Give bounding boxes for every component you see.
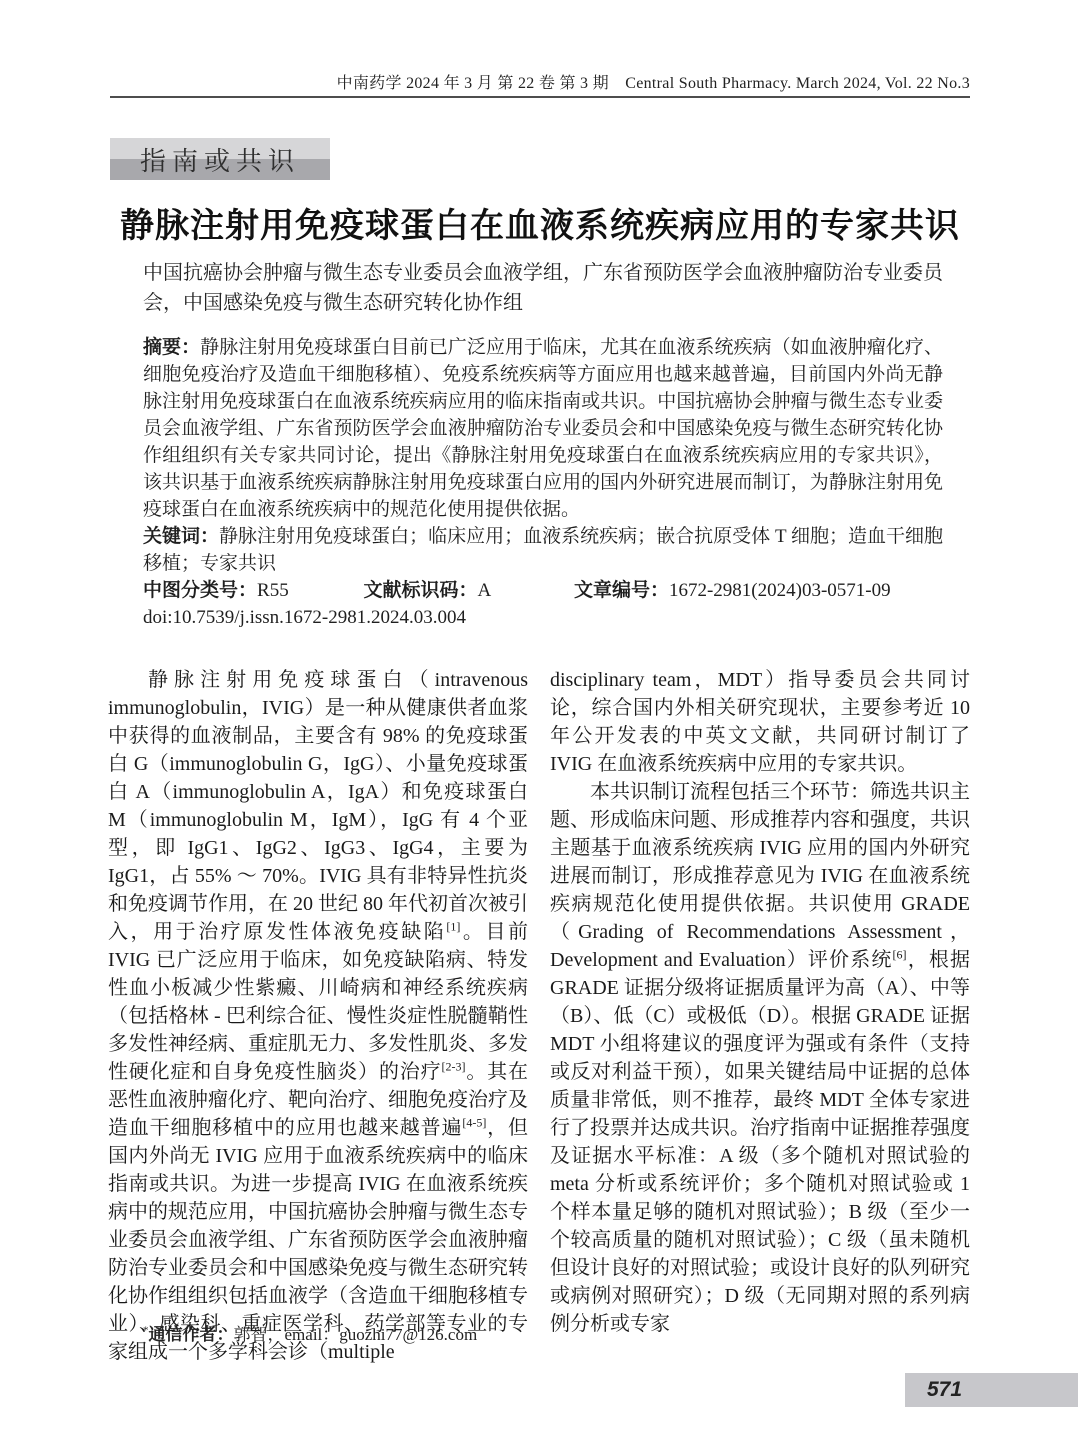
- section-badge-label: 指南或共识: [140, 141, 300, 178]
- document-code: 文献标识码：A: [363, 580, 491, 601]
- doi-line: doi:10.7539/j.issn.1672-2981.2024.03.004: [143, 604, 943, 631]
- clc-label: 中图分类号：: [143, 580, 257, 601]
- clc-number: 中图分类号：R55: [143, 580, 289, 601]
- keywords-text: 静脉注射用免疫球蛋白；临床应用；血液系统疾病；嵌合抗原受体 T 细胞；造血干细胞…: [143, 526, 943, 574]
- corresponding-author-footnote: *通信作者：郭智，email：guozhi77@126.com: [143, 1320, 843, 1345]
- affiliation: 中国抗癌协会肿瘤与微生态专业委员会血液学组，广东省预防医学会血液肿瘤防治专业委员…: [143, 258, 943, 318]
- article-number-label: 文章编号：: [574, 580, 669, 601]
- reference-superscript: [6]: [893, 947, 907, 961]
- body-column-left: 静脉注射用免疫球蛋白（intravenous immunoglobulin，IV…: [108, 666, 528, 1366]
- body-column-right: disciplinary team，MDT）指导委员会共同讨论，综合国内外相关研…: [550, 666, 970, 1366]
- section-badge: 指南或共识: [110, 138, 330, 180]
- keywords: 关键词：静脉注射用免疫球蛋白；临床应用；血液系统疾病；嵌合抗原受体 T 细胞；造…: [143, 523, 943, 577]
- reference-superscript: [1]: [446, 919, 460, 933]
- journal-page: 中南药学 2024 年 3 月 第 22 卷 第 3 期 Central Sou…: [0, 0, 1080, 1454]
- document-code-value: A: [477, 580, 491, 601]
- reference-superscript: [4-5]: [462, 1115, 486, 1129]
- document-code-label: 文献标识码：: [363, 580, 477, 601]
- footnote-label: 通信作者：: [149, 1325, 234, 1344]
- reference-superscript: [2-3]: [441, 1059, 465, 1073]
- article-number: 文章编号：1672-2981(2024)03-0571-09: [574, 580, 891, 601]
- front-matter: 摘要：静脉注射用免疫球蛋白目前已广泛应用于临床，尤其在血液系统疾病（如血液肿瘤化…: [143, 334, 943, 631]
- abstract-text: 静脉注射用免疫球蛋白目前已广泛应用于临床，尤其在血液系统疾病（如血液肿瘤化疗、细…: [143, 337, 943, 520]
- body-columns: 静脉注射用免疫球蛋白（intravenous immunoglobulin，IV…: [108, 666, 970, 1366]
- meta-line: 中图分类号：R55 文献标识码：A 文章编号：1672-2981(2024)03…: [143, 577, 943, 604]
- keywords-label: 关键词：: [143, 526, 219, 547]
- journal-header-line: 中南药学 2024 年 3 月 第 22 卷 第 3 期 Central Sou…: [110, 70, 970, 93]
- body-paragraph: 本共识制订流程包括三个环节：筛选共识主题、形成临床问题、形成推荐内容和强度，共识…: [550, 778, 970, 1338]
- abstract: 摘要：静脉注射用免疫球蛋白目前已广泛应用于临床，尤其在血液系统疾病（如血液肿瘤化…: [143, 334, 943, 523]
- footnote-text: 郭智，email：guozhi77@126.com: [234, 1325, 478, 1344]
- page-number-bar: 571: [905, 1373, 1078, 1407]
- clc-value: R55: [257, 580, 289, 601]
- page-number: 571: [905, 1378, 962, 1402]
- body-paragraph: 静脉注射用免疫球蛋白（intravenous immunoglobulin，IV…: [108, 666, 528, 1366]
- article-number-value: 1672-2981(2024)03-0571-09: [669, 580, 891, 601]
- body-paragraph: disciplinary team，MDT）指导委员会共同讨论，综合国内外相关研…: [550, 666, 970, 778]
- header-rule: [110, 96, 970, 98]
- article-title: 静脉注射用免疫球蛋白在血液系统疾病应用的专家共识: [0, 198, 1080, 247]
- abstract-label: 摘要：: [143, 337, 200, 358]
